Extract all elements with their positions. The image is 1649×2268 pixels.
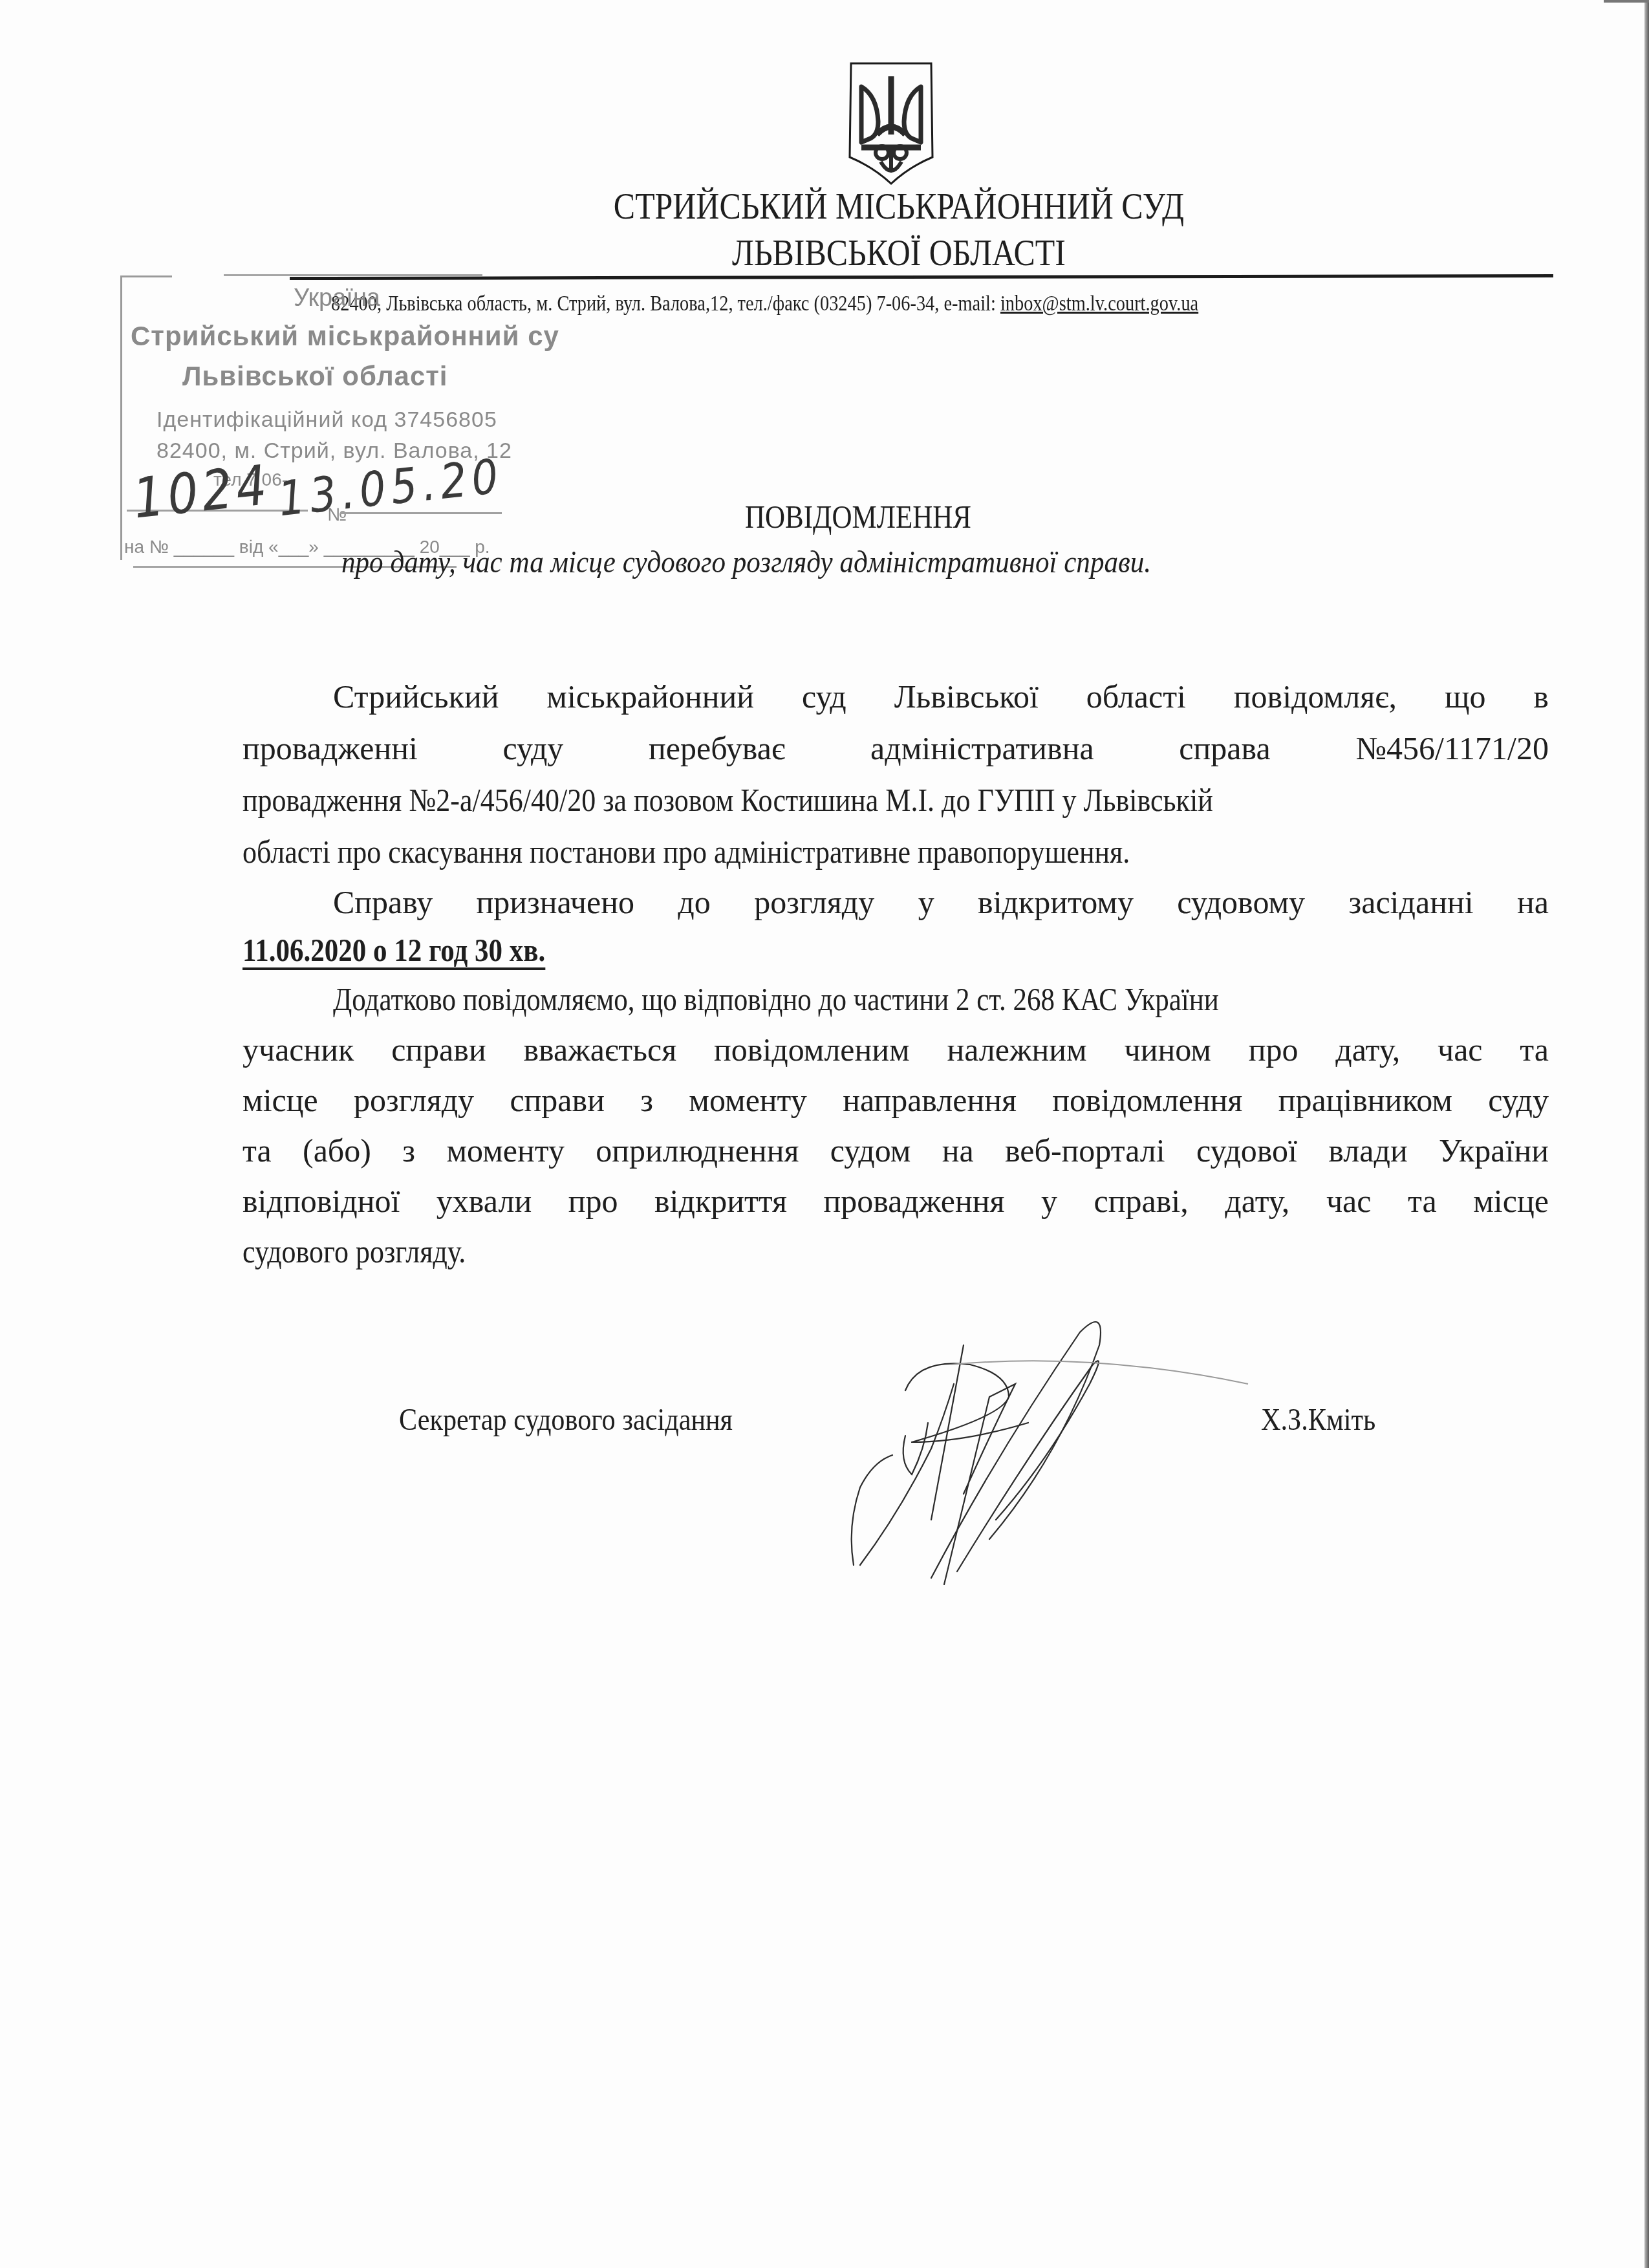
word: області <box>1086 678 1186 715</box>
word: та <box>1520 1031 1549 1068</box>
word: суду <box>1488 1081 1549 1119</box>
case-number: №456/1171/20 <box>1355 729 1549 767</box>
paragraph3-line5: відповідної ухвали про відкриття провадж… <box>242 1182 1549 1220</box>
word: розгляду <box>354 1081 474 1119</box>
scan-edge-corner <box>1604 0 1649 3</box>
word: місце <box>242 1081 318 1119</box>
stamp-border <box>120 275 172 277</box>
word: судової <box>1196 1132 1297 1169</box>
word: відкритому <box>978 883 1134 921</box>
word: направлення <box>843 1081 1017 1119</box>
stamp-border <box>224 274 482 276</box>
word: ухвали <box>436 1182 532 1220</box>
paragraph3-line1: Додатково повідомляємо, що відповідно до… <box>242 980 1549 1018</box>
paragraph3-line3: місце розгляду справи з моменту направле… <box>242 1081 1549 1119</box>
word: на <box>1517 883 1549 921</box>
word: Справу <box>333 883 433 921</box>
paragraph1-line2: провадженні суду перебуває адміністратив… <box>242 729 1549 767</box>
word: місце <box>1473 1182 1549 1220</box>
word: справи <box>510 1081 605 1119</box>
stamp-country: Україна <box>294 285 380 312</box>
word: суду <box>503 729 564 767</box>
word: чином <box>1125 1031 1211 1068</box>
word: у <box>1041 1182 1057 1220</box>
word: час <box>1326 1182 1372 1220</box>
word: розгляду <box>754 883 874 921</box>
signatory-role: Секретар судового засідання <box>399 1402 733 1438</box>
word: в <box>1533 678 1549 715</box>
handwritten-signature-icon <box>834 1293 1449 1591</box>
stamp-org-line2: Львівської області <box>182 361 448 392</box>
word: повідомляє, <box>1234 678 1397 715</box>
word: провадження <box>824 1182 1005 1220</box>
paragraph3-line2: учасник справи вважається повідомленим н… <box>242 1031 1549 1068</box>
paragraph2-line2: 11.06.2020 о 12 год 30 хв. <box>242 931 1549 969</box>
trident-coat-of-arms-icon <box>845 57 938 186</box>
word: судом <box>830 1132 911 1169</box>
word: призначено <box>477 883 634 921</box>
court-name-line1: СТРИЙСЬКИЙ МІСЬКРАЙОННИЙ СУД <box>126 188 1649 225</box>
hearing-datetime: 11.06.2020 о 12 год 30 хв. <box>242 931 545 969</box>
document-subtitle: про дату, час та місце судового розгляду… <box>341 543 1151 580</box>
word: вважається <box>523 1031 676 1068</box>
document-page: СТРИЙСЬКИЙ МІСЬКРАЙОННИЙ СУД ЛЬВІВСЬКОЇ … <box>0 0 1649 2268</box>
word: Львівської <box>894 678 1039 715</box>
word: з <box>402 1132 415 1169</box>
word: повідомлення <box>1052 1081 1242 1119</box>
court-email-link[interactable]: inbox@stm.lv.court.gov.ua <box>1000 292 1198 316</box>
paragraph3-line1-text: Додатково повідомляємо, що відповідно до… <box>333 980 1219 1018</box>
word: України <box>1439 1132 1549 1169</box>
word: (або) <box>303 1132 371 1169</box>
word: влади <box>1328 1132 1407 1169</box>
word: судовому <box>1177 883 1305 921</box>
word: з <box>640 1081 653 1119</box>
word: моменту <box>689 1081 806 1119</box>
word: відповідної <box>242 1182 400 1220</box>
stamp-border <box>120 275 122 560</box>
stamp-org-line1: Стрийський міськрайонний су <box>131 321 559 352</box>
word: дату, <box>1225 1182 1289 1220</box>
word: моменту <box>446 1132 564 1169</box>
word: до <box>678 883 710 921</box>
word: відкриття <box>654 1182 787 1220</box>
word: провадженні <box>242 729 418 767</box>
word: справа <box>1179 729 1270 767</box>
word: учасник <box>242 1031 354 1068</box>
word: на <box>942 1132 974 1169</box>
paragraph3-line4: та (або) з моменту оприлюднення судом на… <box>242 1132 1549 1169</box>
paragraph3-line6-text: судового розгляду. <box>242 1233 466 1270</box>
paragraph1-line3-text: провадження №2-а/456/40/20 за позовом Ко… <box>242 781 1213 819</box>
word: веб-порталі <box>1005 1132 1165 1169</box>
word: Стрийський <box>333 678 499 715</box>
word: оприлюднення <box>596 1132 799 1169</box>
stamp-id-code: Ідентифікаційний код 37456805 <box>156 407 497 433</box>
paragraph1-line4-text: області про скасування постанови про адм… <box>242 833 1130 870</box>
word: про <box>568 1182 618 1220</box>
word: та <box>242 1132 272 1169</box>
word: міськрайонний <box>546 678 754 715</box>
word: справи <box>391 1031 486 1068</box>
word: про <box>1249 1031 1299 1068</box>
document-title: ПОВІДОМЛЕННЯ <box>745 498 971 535</box>
paragraph3-line6: судового розгляду. <box>242 1233 1549 1270</box>
word: у <box>918 883 934 921</box>
paragraph1-line1: Стрийський міськрайонний суд Львівської … <box>242 678 1549 715</box>
paragraph1-line4: області про скасування постанови про адм… <box>242 833 1549 870</box>
word: час <box>1438 1031 1483 1068</box>
word: суд <box>802 678 846 715</box>
word: перебуває <box>649 729 785 767</box>
word: що <box>1445 678 1486 715</box>
word: дату, <box>1335 1031 1400 1068</box>
signatory-name: Х.З.Кміть <box>1261 1402 1375 1438</box>
word: адміністративна <box>870 729 1094 767</box>
court-name-line2: ЛЬВІВСЬКОЇ ОБЛАСТІ <box>126 234 1649 272</box>
paragraph2-line1: Справу призначено до розгляду у відкрито… <box>242 883 1549 921</box>
word: справі, <box>1094 1182 1189 1220</box>
word: належним <box>947 1031 1086 1068</box>
word: працівником <box>1278 1081 1452 1119</box>
word: засіданні <box>1348 883 1473 921</box>
word: та <box>1408 1182 1437 1220</box>
scan-edge <box>1644 0 1649 2268</box>
paragraph1-line3: провадження №2-а/456/40/20 за позовом Ко… <box>242 781 1549 819</box>
word: повідомленим <box>714 1031 910 1068</box>
